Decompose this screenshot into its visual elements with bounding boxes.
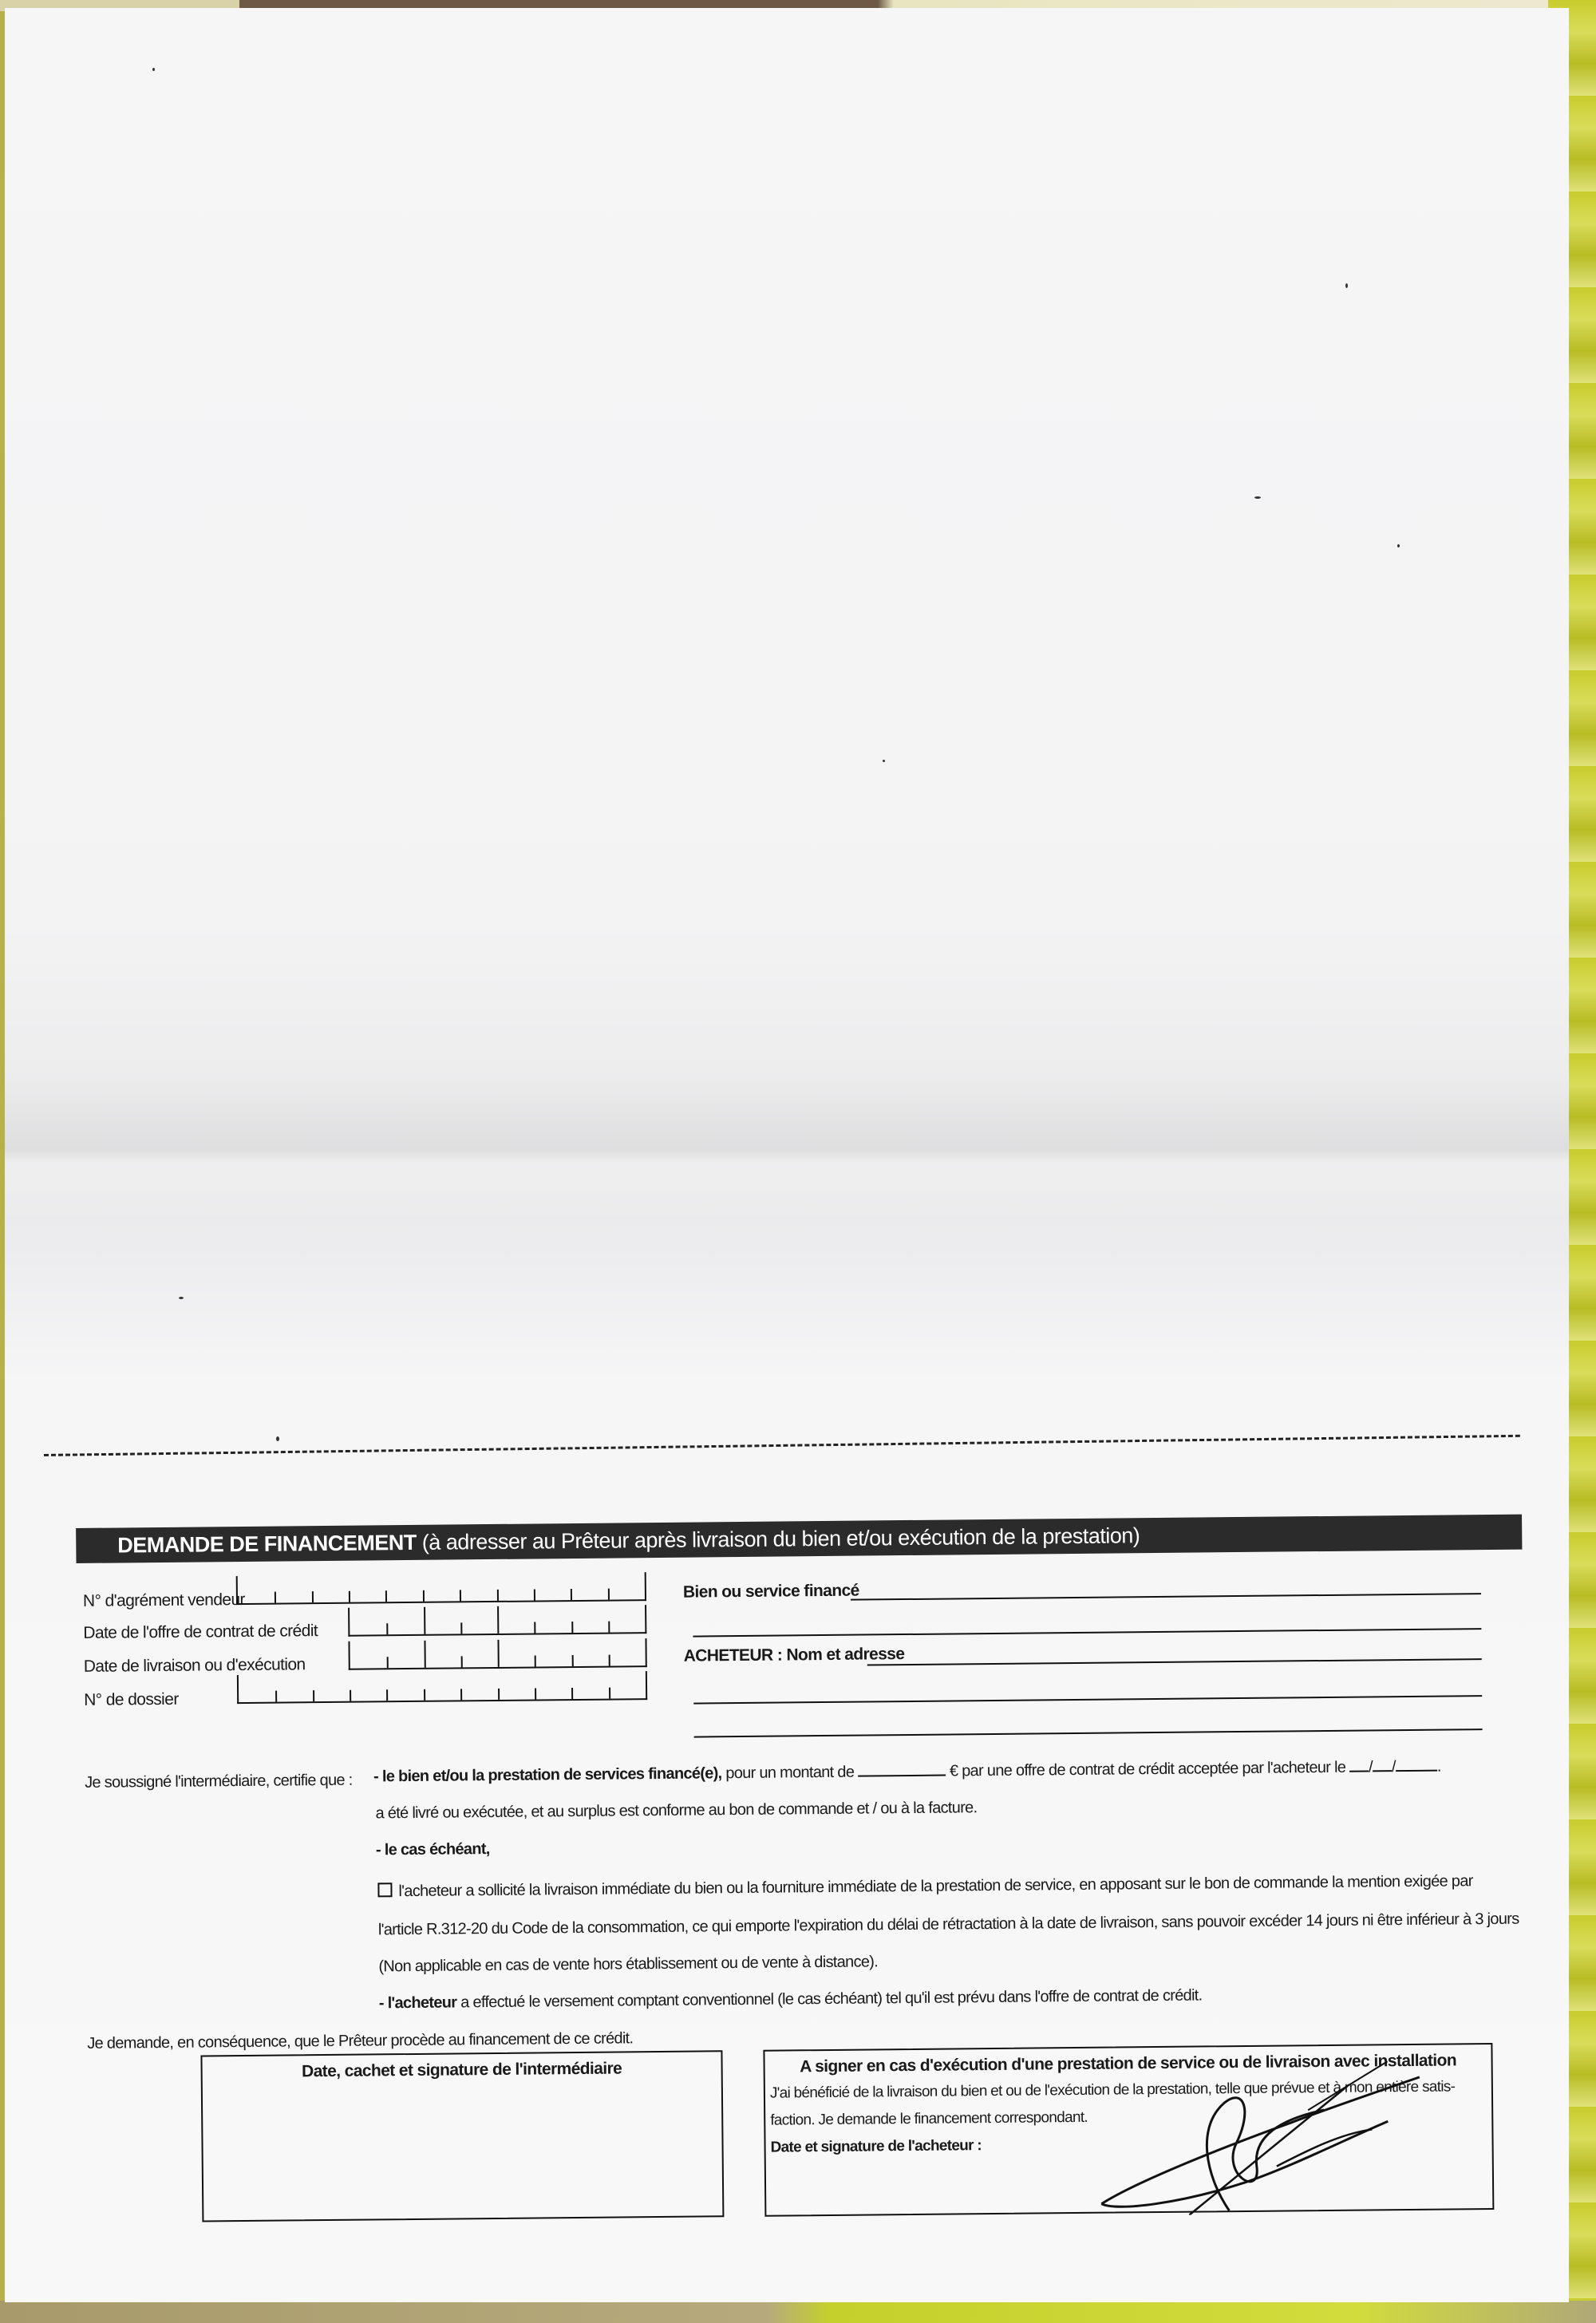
comb-divider (497, 1606, 499, 1634)
comb-divider (313, 1690, 314, 1701)
field-label-date-livraison: Date de livraison ou d'exécution (84, 1655, 306, 1677)
field-label-dossier: N° de dossier (84, 1690, 179, 1710)
comb-divider (571, 1622, 573, 1633)
paper-speck (276, 1436, 279, 1441)
acheteur-input-line2[interactable] (693, 1695, 1482, 1704)
comb-divider (498, 1689, 500, 1700)
comb-divider (424, 1641, 425, 1668)
item2-bold: - le cas échéant, (376, 1840, 490, 1859)
comb-divider (387, 1623, 389, 1634)
form-title: DEMANDE DE FINANCEMENT (117, 1531, 417, 1558)
comb-divider (423, 1590, 425, 1602)
immediate-delivery-option: l'acheteur a sollicité la livraison immé… (377, 1872, 1472, 1901)
montant-input[interactable] (858, 1762, 946, 1777)
comb-divider (571, 1688, 573, 1699)
acceptance-day-input[interactable] (1349, 1757, 1369, 1772)
financing-request-statement: Je demande, en conséquence, que le Prête… (87, 2029, 633, 2053)
comb-divider (496, 1590, 498, 1601)
acheteur-label: ACHETEUR : Nom et adresse (684, 1645, 905, 1666)
comb-divider (349, 1591, 350, 1602)
comb-divider (460, 1590, 461, 1601)
comb-divider (460, 1689, 462, 1700)
paper-speck (1397, 544, 1400, 547)
paper-speck (883, 760, 885, 762)
comb-divider (497, 1640, 499, 1667)
intermediaire-box-title: Date, cachet et signature de l'intermédi… (203, 2058, 721, 2082)
certification-intro: Je soussigné l'intermédiaire, certifie q… (85, 1772, 353, 1792)
certification-item-1-line2: a été livré ou exécutée, et au surplus e… (375, 1799, 977, 1823)
comb-divider (535, 1622, 536, 1633)
date-offre-input[interactable] (348, 1605, 646, 1637)
acceptance-month-input[interactable] (1373, 1757, 1392, 1772)
comb-divider (607, 1589, 609, 1600)
certification-item-3: - l'acheteur a effectué le versement com… (379, 1986, 1203, 2013)
checkbox-line1: l'acheteur a sollicité la livraison immé… (398, 1872, 1472, 1900)
comb-divider (385, 1590, 387, 1602)
comb-divider (424, 1689, 425, 1701)
form-subtitle: (à adresser au Prêteur après livraison d… (422, 1523, 1140, 1555)
field-label-date-offre: Date de l'offre de contrat de crédit (83, 1622, 318, 1643)
comb-divider (608, 1655, 610, 1666)
comb-divider (460, 1656, 462, 1667)
form-banner: DEMANDE DE FINANCEMENT (à adresser au Pr… (76, 1515, 1522, 1563)
certification-item-1: - le bien et/ou la prestation de service… (373, 1757, 1441, 1787)
item1-text-b: € par une offre de contrat de crédit acc… (950, 1759, 1346, 1780)
comb-divider (535, 1688, 536, 1699)
acceptance-year-input[interactable] (1396, 1757, 1437, 1772)
checkbox-line3: (Non applicable en cas de vente hors éta… (378, 1953, 878, 1976)
dossier-number-input[interactable] (237, 1671, 647, 1704)
item1-bold: - le bien et/ou la prestation de service… (373, 1764, 722, 1785)
bien-service-label: Bien ou service financé (683, 1582, 859, 1602)
certification-item-2: - le cas échéant, (376, 1840, 490, 1859)
comb-divider (609, 1688, 610, 1699)
comb-divider (535, 1655, 536, 1666)
comb-divider (424, 1607, 425, 1634)
comb-divider (571, 1655, 573, 1666)
item3-text: a effectué le versement comptant convent… (460, 1986, 1202, 2011)
comb-divider (275, 1592, 276, 1603)
checkbox-line2: l'article R.312-20 du Code de la consomm… (378, 1910, 1519, 1940)
paper-speck (152, 68, 155, 71)
agrement-vendeur-input[interactable] (236, 1572, 646, 1605)
acheteur-signature-box[interactable]: A signer en cas d'exécution d'une presta… (763, 2043, 1494, 2217)
item1-text-a: pour un montant de (725, 1764, 854, 1783)
intermediaire-signature-box[interactable]: Date, cachet et signature de l'intermédi… (200, 2050, 724, 2222)
item3-bold: - l'acheteur (379, 1993, 457, 2012)
bien-service-input-line2[interactable] (693, 1628, 1481, 1637)
paper-speck (179, 1297, 184, 1299)
acheteur-signature-label: Date et signature de l'acheteur : (770, 2137, 982, 2156)
bien-service-input[interactable] (851, 1593, 1481, 1601)
comb-divider (571, 1589, 572, 1600)
handwritten-signature-icon (1084, 2052, 1469, 2216)
acheteur-input-line3[interactable] (694, 1728, 1483, 1737)
fold-crease (5, 1077, 1569, 1221)
acheteur-input[interactable] (867, 1658, 1482, 1665)
background-surface-bottom (0, 2301, 1596, 2323)
comb-divider (387, 1689, 389, 1701)
comb-divider (534, 1589, 535, 1600)
immediate-delivery-checkbox[interactable] (377, 1882, 392, 1897)
comb-divider (608, 1622, 610, 1633)
paper-speck (1345, 283, 1348, 288)
comb-divider (387, 1657, 389, 1668)
comb-divider (460, 1622, 462, 1634)
comb-divider (350, 1690, 351, 1701)
comb-divider (275, 1691, 277, 1702)
financing-request-form: DEMANDE DE FINANCEMENT (à adresser au Pr… (76, 1507, 1507, 2238)
date-livraison-input[interactable] (348, 1638, 646, 1670)
comb-divider (312, 1591, 314, 1602)
paper-speck (1254, 496, 1261, 499)
field-label-agrement: N° d'agrément vendeur (83, 1590, 245, 1611)
